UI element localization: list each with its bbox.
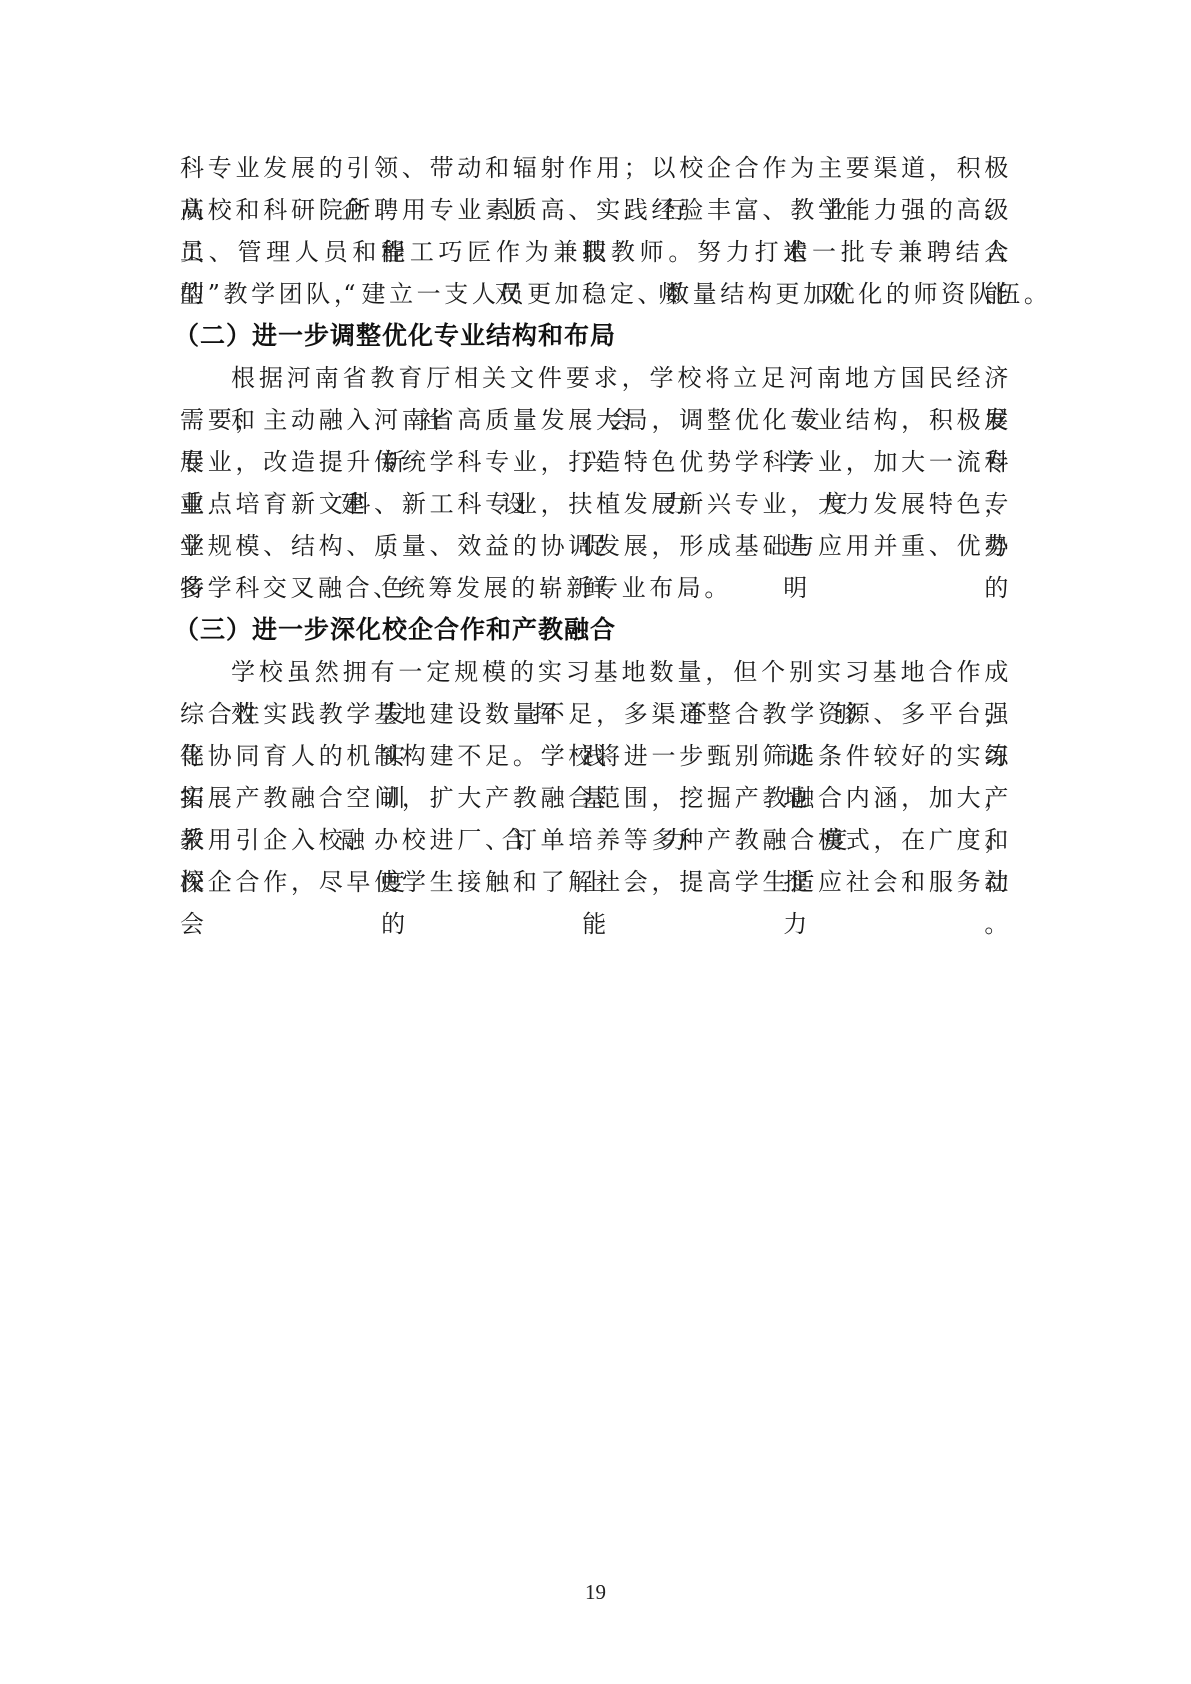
- paragraph-faculty-team: 科专业发展的引领、带动和辐射作用；以校企合作为主要渠道，积极从企业行业、 高校和…: [180, 147, 1012, 315]
- text-line: 需要，主动融入河南省高质量发展大局，调整优化专业结构，积极发展新兴学科: [180, 399, 1012, 441]
- paragraph-major-structure: 根据河南省教育厅相关文件要求，学校将立足河南地方国民经济和社会发展 需要，主动融…: [180, 357, 1012, 609]
- paragraph-school-enterprise: 学校虽然拥有一定规模的实习基地数量，但个别实习基地合作成效发挥不够， 综合性实践…: [180, 651, 1012, 903]
- text-line: 采用引企入校、办校进厂、订单培养等多种产教融合模式，在广度和深度上推动: [180, 819, 1012, 861]
- text-line: 拓展产教融合空间，扩大产教融合范围，挖掘产教融合内涵，加大产教融合力度，: [180, 777, 1012, 819]
- section-heading-major-structure: （二）进一步调整优化专业结构和布局: [174, 315, 1012, 357]
- text-line: 科专业发展的引领、带动和辐射作用；以校企合作为主要渠道，积极从企业行业、: [180, 147, 1012, 189]
- text-line: 型”教学团队，建立一支人员更加稳定、数量结构更加优化的师资队伍。: [180, 273, 1012, 315]
- text-line: 专业，改造提升传统学科专业，打造特色优势学科专业，加大一流专业建设力度，: [180, 441, 1012, 483]
- page-body: 科专业发展的引领、带动和辐射作用；以校企合作为主要渠道，积极从企业行业、 高校和…: [180, 147, 1012, 903]
- text-line: 重点培育新文科、新工科专业，扶植发展新兴专业，大力发展特色专业，促进办: [180, 483, 1012, 525]
- text-line: 综合性实践教学基地建设数量不足，多渠道整合教学资源、多平台强化实践训练: [180, 693, 1012, 735]
- section-heading-school-enterprise: （三）进一步深化校企合作和产教融合: [174, 609, 1012, 651]
- text-line: 员、管理人员和能工巧匠作为兼职教师。努力打造一批专兼聘结合的“双师双能: [180, 231, 1012, 273]
- page-number: 19: [0, 1580, 1191, 1605]
- text-line: 校企合作，尽早使学生接触和了解社会，提高学生适应社会和服务社会的能力。: [180, 861, 1012, 903]
- text-line: 高校和科研院所聘用专业素质高、实践经验丰富、教学能力强的高级工程技术人: [180, 189, 1012, 231]
- text-line: 根据河南省教育厅相关文件要求，学校将立足河南地方国民经济和社会发展: [180, 357, 1012, 399]
- text-line: 学规模、结构、质量、效益的协调发展，形成基础与应用并重、优势特色鲜明的: [180, 525, 1012, 567]
- document-page: 科专业发展的引领、带动和辐射作用；以校企合作为主要渠道，积极从企业行业、 高校和…: [0, 0, 1191, 1684]
- text-line: 等协同育人的机制构建不足。学校将进一步甄别筛选条件较好的实习实训基地，: [180, 735, 1012, 777]
- text-line: 学校虽然拥有一定规模的实习基地数量，但个别实习基地合作成效发挥不够，: [180, 651, 1012, 693]
